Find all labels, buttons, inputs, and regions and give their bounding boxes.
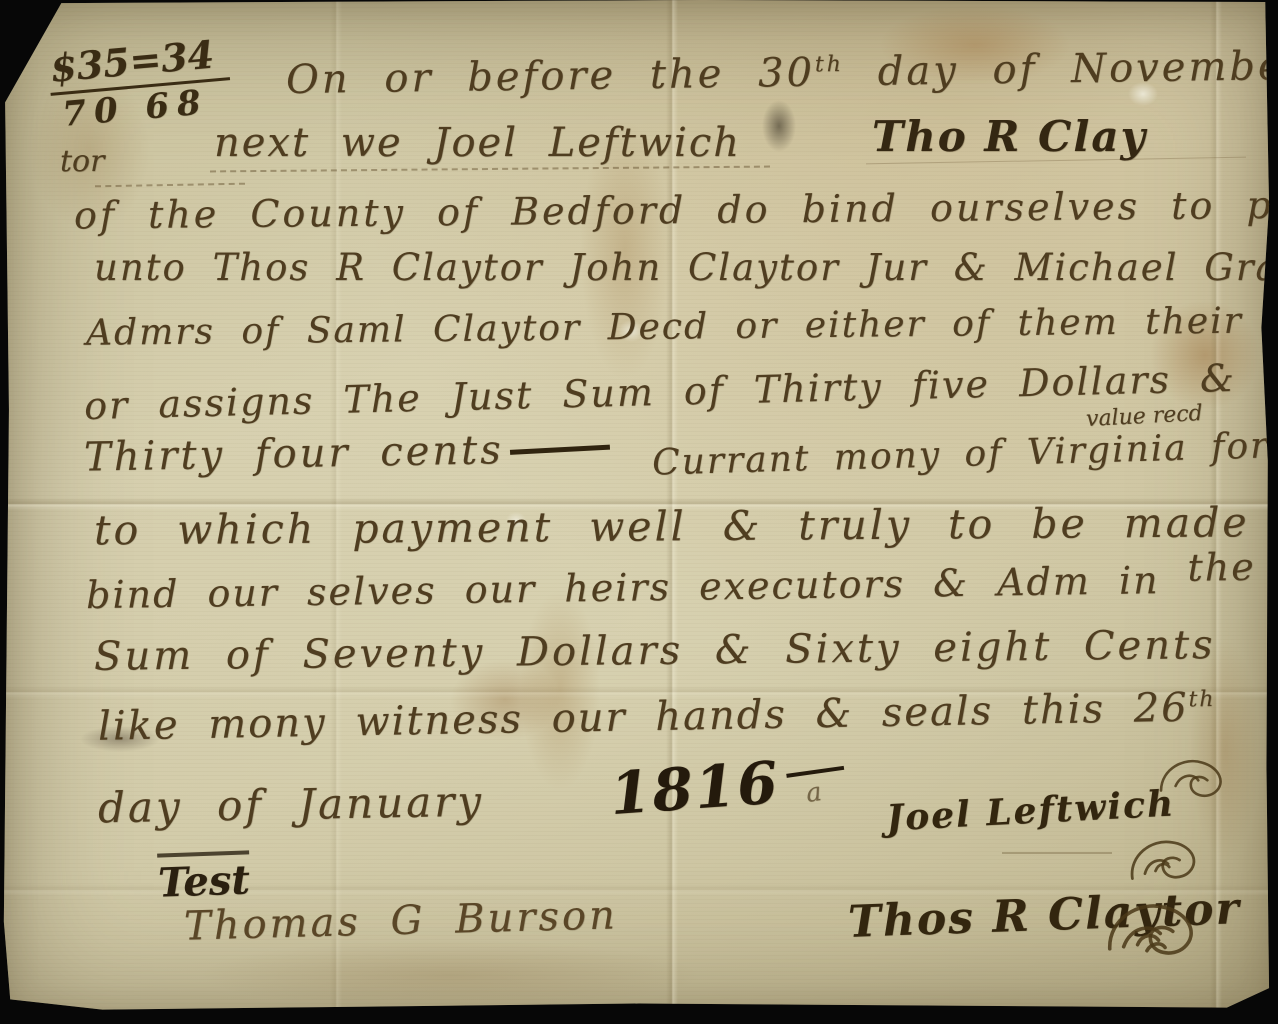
attestation-label: Test (157, 850, 250, 906)
pen-flourish: a (804, 777, 824, 809)
line1-rest: day of November (844, 43, 1278, 95)
body-line-7-left: Thirty four cents (84, 425, 610, 480)
line1-text: On or before the 30 (286, 50, 816, 103)
line9-raised-text: the penal (1187, 543, 1278, 590)
stain (1190, 640, 1260, 860)
ink-smudge (762, 100, 796, 152)
body-line-5: Admrs of Saml Claytor Decd or either of … (86, 299, 1278, 354)
body-line-12: day of January (98, 777, 485, 833)
blank-rule-line (95, 183, 245, 188)
year-text: 1816 (608, 748, 782, 828)
signature-joel-leftwich: Joel Leftwich (885, 782, 1176, 839)
carryover-word: tor (60, 144, 104, 179)
body-line-11: like mony witness our hands & seals this… (98, 684, 1216, 749)
year-dash (787, 766, 845, 778)
amount-notation: $35=34 70 68 (46, 30, 233, 135)
body-line-1: On or before the 30th day of November (286, 43, 1278, 103)
stain (520, 590, 600, 790)
body-line-3: of the County of Bedford do bind ourselv… (74, 183, 1278, 238)
body-line-7-right: Currant mony of Virginia for (652, 425, 1270, 483)
line9-text: bind our selves our heirs executors & Ad… (86, 558, 1188, 617)
body-line-2-left: next we Joel Leftwich (214, 120, 741, 166)
body-line-8: to which payment well & truly to be made… (94, 498, 1278, 555)
signature-dash (1002, 852, 1112, 854)
signature-tho-r-claytor: Thos R Claytor (847, 883, 1241, 948)
line11-text: like mony witness our hands & seals this… (98, 685, 1189, 750)
ink-dash (510, 445, 610, 455)
line1-superscript: th (815, 52, 844, 77)
body-line-6: or assigns The Just Sum of Thirty five D… (84, 356, 1237, 428)
paper-sheet: $35=34 70 68 tor On or before the 30th d… (0, 0, 1278, 1024)
blank-rule-line (210, 166, 770, 173)
body-line-4: unto Thos R Claytor John Claytor Jur & M… (94, 246, 1278, 289)
stain (200, 940, 700, 1010)
document-scan: $35=34 70 68 tor On or before the 30th d… (0, 0, 1278, 1024)
body-line-2-right: Tho R Clay (872, 112, 1147, 161)
body-line-10: Sum of Seventy Dollars & Sixty eight Cen… (94, 622, 1216, 680)
cents-text: Thirty four cents (84, 427, 504, 480)
body-line-9: bind our selves our heirs executors & Ad… (86, 555, 1278, 617)
line11-superscript: th (1188, 687, 1215, 712)
